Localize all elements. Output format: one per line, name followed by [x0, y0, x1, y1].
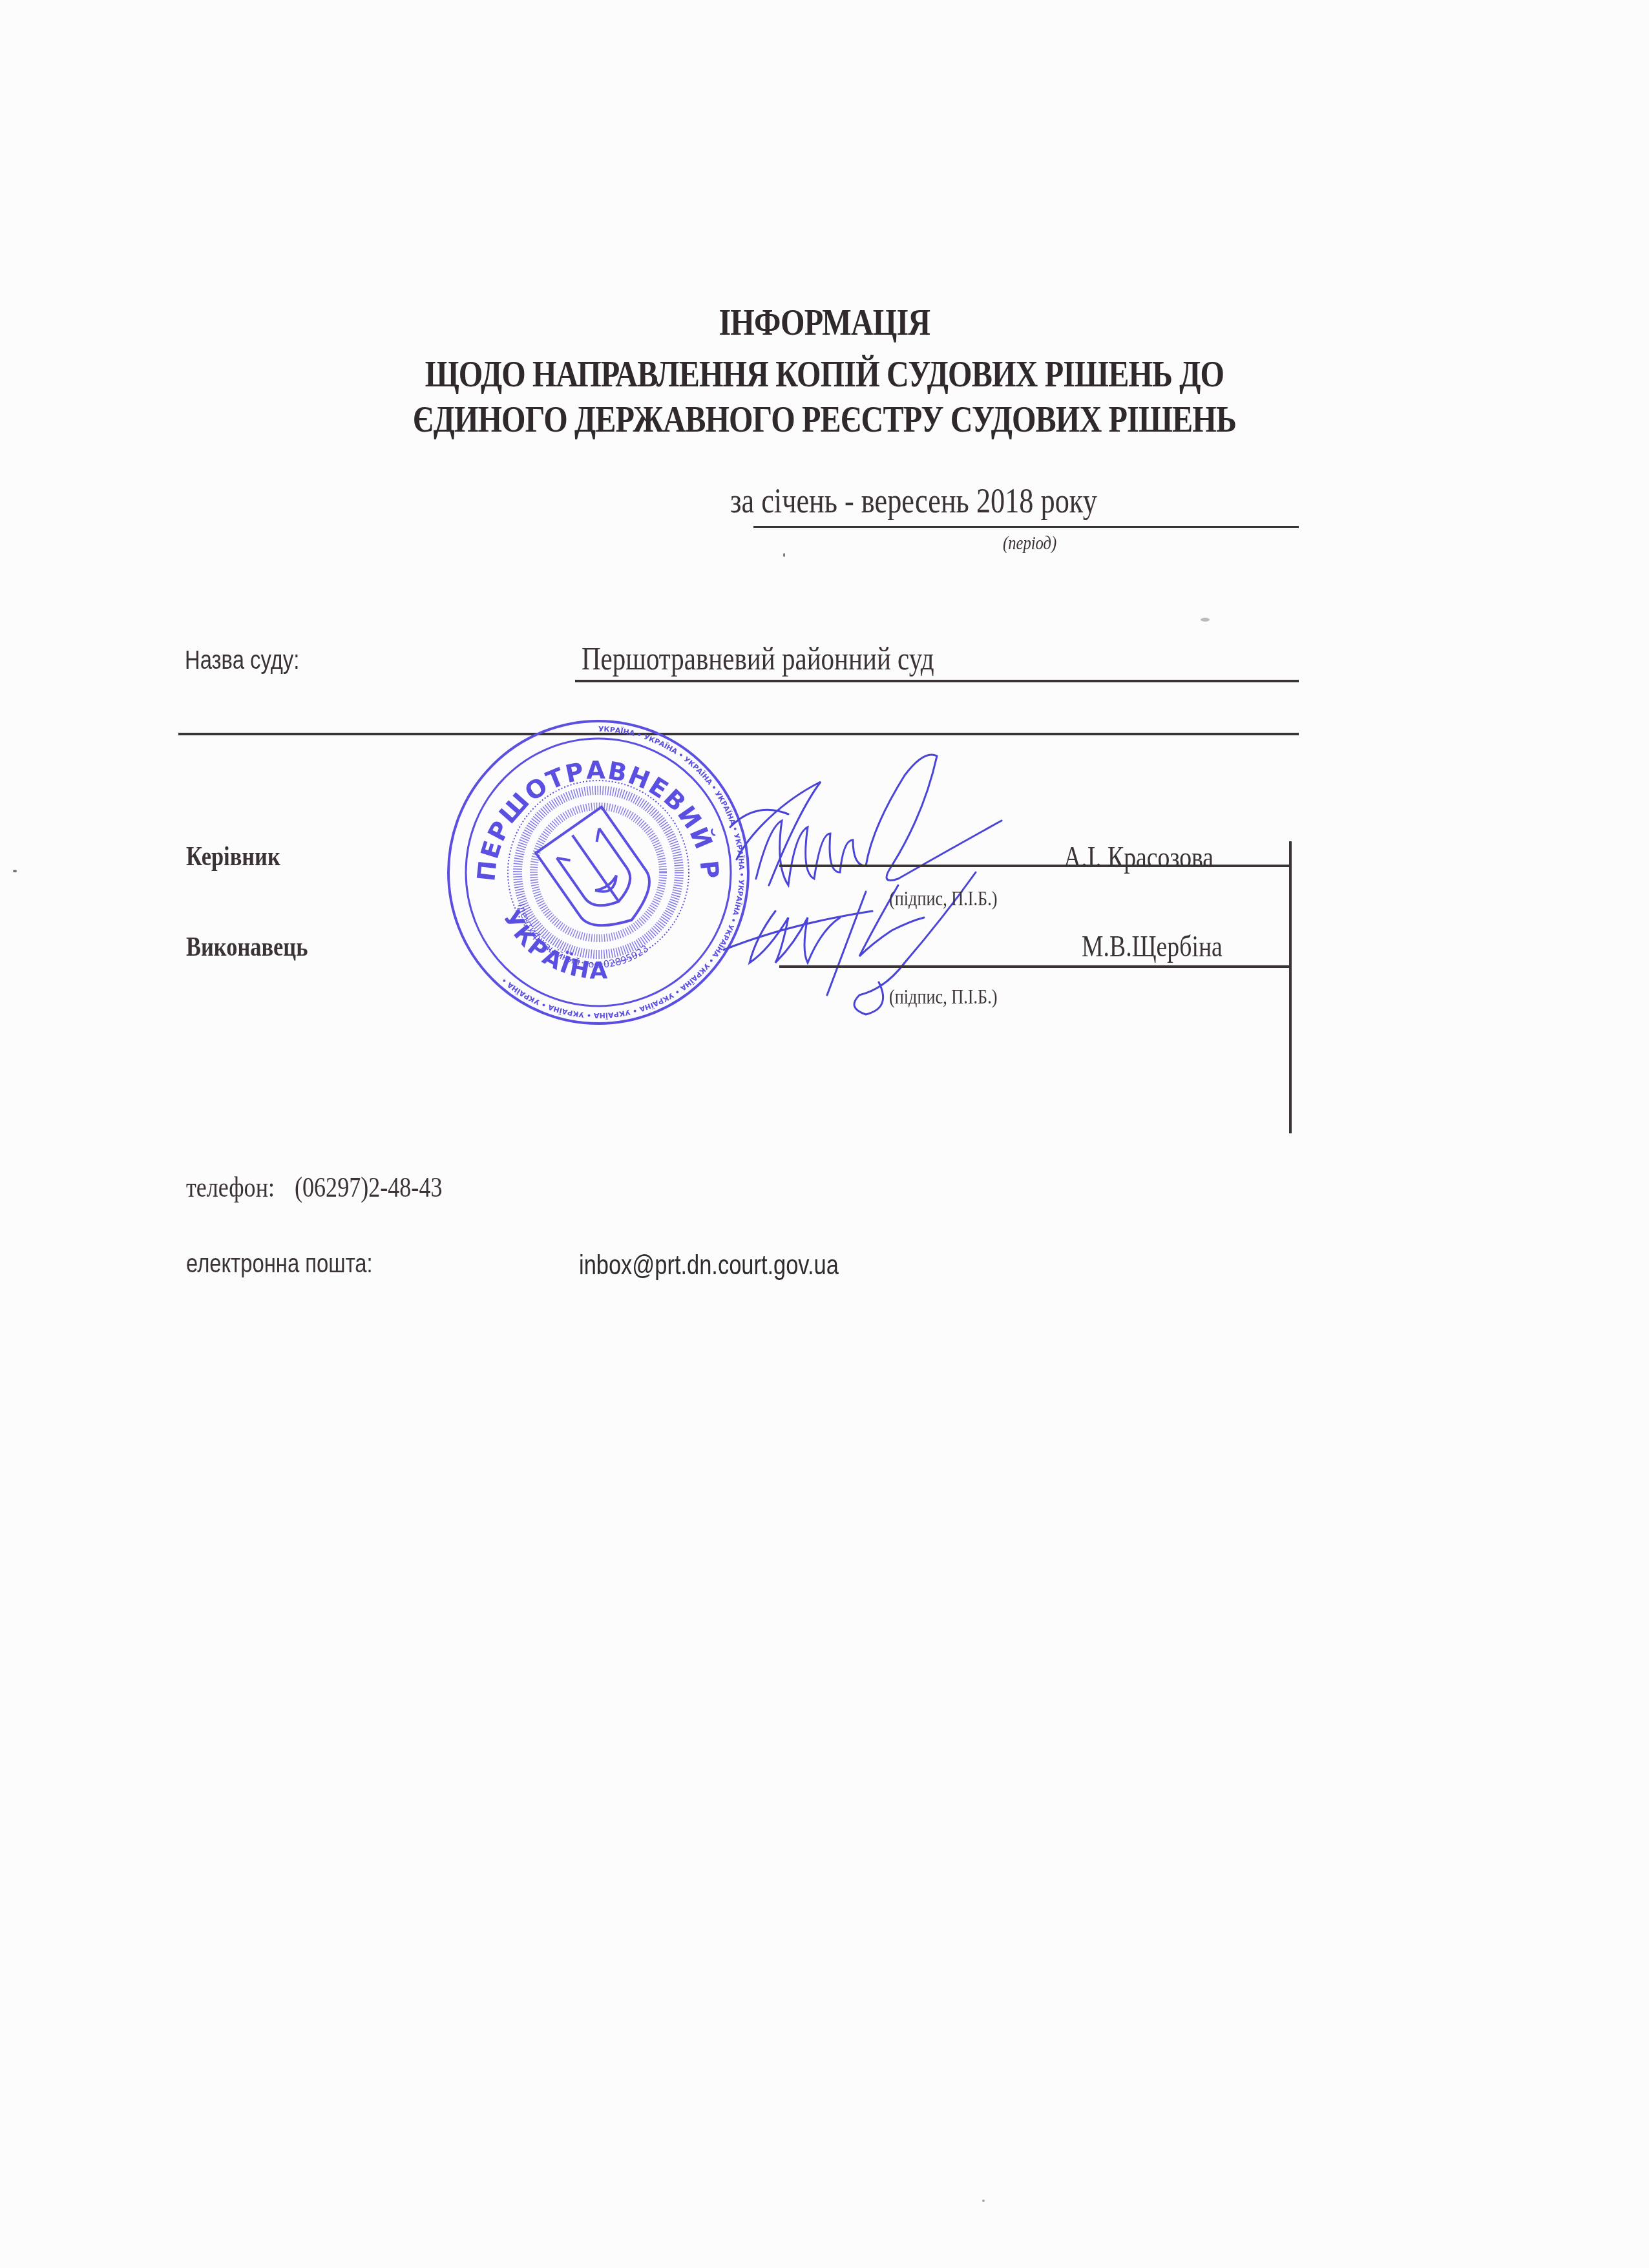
executor-name: М.В.Щербіна — [1082, 929, 1254, 963]
phone-value: (06297)2-48-43 — [295, 1171, 475, 1204]
executor-signature-line — [779, 965, 1291, 968]
court-name-label: Назва суду: — [185, 646, 324, 675]
manager-signature-caption: (підпис, П.І.Б.) — [889, 887, 1021, 910]
executor-signature-caption: (підпис, П.І.Б.) — [889, 985, 1021, 1009]
scan-speck — [1201, 618, 1210, 622]
period-caption: (період) — [1003, 532, 1068, 554]
scan-speck — [982, 2200, 985, 2202]
document-subtitle-line-2: ЄДИНОГО ДЕРЖАВНОГО РЕЄСТРУ СУДОВИХ РІШЕН… — [116, 399, 1534, 441]
document-title: ІНФОРМАЦІЯ — [116, 302, 1534, 344]
court-name-value: Першотравневий районний суд — [582, 640, 1011, 677]
court-stamp: УКРАЇНА • УКРАЇНА • УКРАЇНА • УКРАЇНА • … — [443, 717, 753, 1027]
signature-block-border — [1289, 841, 1292, 1133]
court-name-underline — [575, 680, 1299, 682]
manager-name: А.І. Красозова — [1064, 840, 1246, 874]
scan-speck — [13, 870, 17, 872]
document-subtitle-line-1: ЩОДО НАПРАВЛЕННЯ КОПІЙ СУДОВИХ РІШЕНЬ ДО — [116, 354, 1534, 395]
period-underline — [753, 526, 1299, 528]
phone-label: телефон: — [186, 1171, 294, 1204]
period-value: за січень - вересень 2018 року — [730, 481, 1177, 521]
scan-speck — [783, 553, 785, 557]
manager-role-label: Керівник — [186, 841, 301, 872]
email-link[interactable]: inbox@prt.dn.court.gov.ua — [579, 1250, 896, 1281]
email-label: електронна пошта: — [186, 1250, 414, 1279]
manager-signature-line — [779, 865, 1291, 867]
executor-role-label: Виконавець — [186, 932, 335, 963]
